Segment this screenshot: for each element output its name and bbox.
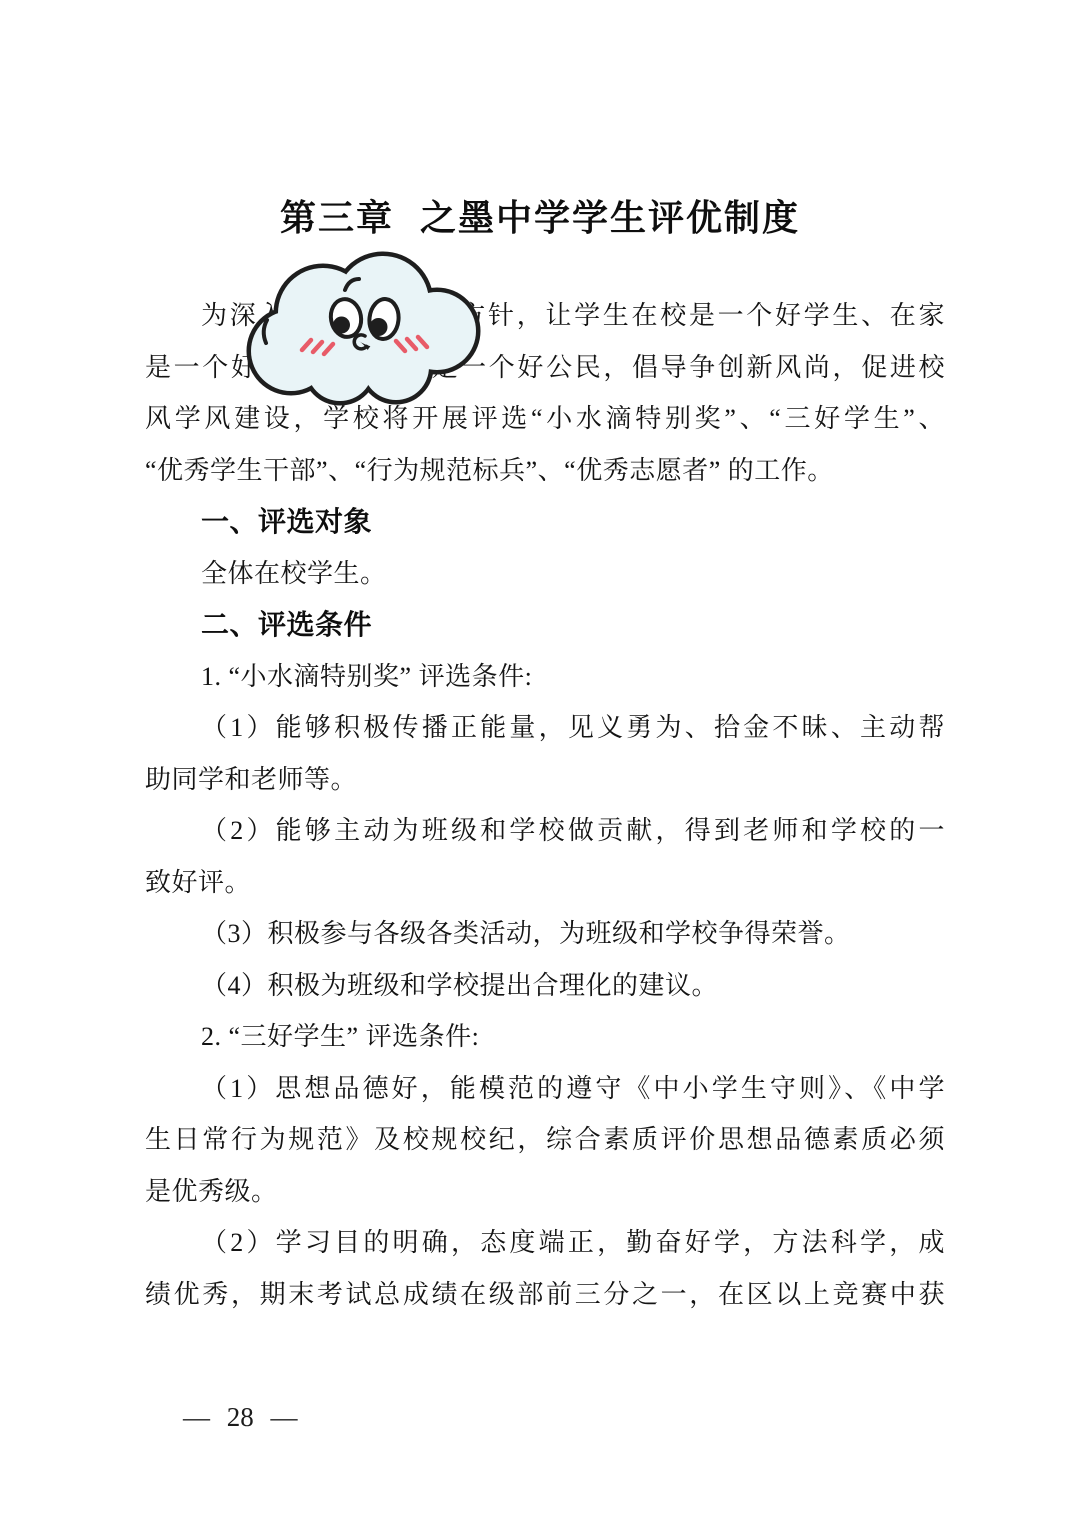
- section-heading-1: 一、评选对象: [145, 496, 945, 548]
- document-body: 为深入贯彻党的教育方针，让学生在校是一个好学生、在家 是一个好孩子，在社会是一个…: [145, 290, 945, 1320]
- cloud-body: [251, 256, 476, 401]
- left-pupil-icon: [333, 317, 350, 334]
- list-item-line: 2. “三好学生” 评选条件:: [145, 1011, 945, 1063]
- page-number: — 28 —: [183, 1402, 298, 1433]
- text-line: 绩优秀，期末考试总成绩在级部前三分之一，在区以上竞赛中获: [145, 1269, 945, 1321]
- list-item-line: （3）积极参与各级各类活动，为班级和学校争得荣誉。: [145, 908, 945, 960]
- document-page: 第三章 之墨中学学生评优制度 为深入贯彻党的教育方针，让学生在校是一个好学生、在…: [0, 0, 1080, 1527]
- list-item-line: （1）思想品德好，能模范的遵守《中小学生守则》、《中学: [145, 1063, 945, 1115]
- text-line: 全体在校学生。: [145, 548, 945, 600]
- text-line: 是优秀级。: [145, 1166, 945, 1218]
- section-heading-2: 二、评选条件: [145, 599, 945, 651]
- list-item-line: 1. “小水滴特别奖” 评选条件:: [145, 651, 945, 703]
- text-line: “优秀学生干部”、“行为规范标兵”、“优秀志愿者” 的工作。: [145, 445, 945, 497]
- right-pupil-icon: [370, 318, 388, 336]
- list-item-line: （2）学习目的明确，态度端正，勤奋好学，方法科学，成: [145, 1217, 945, 1269]
- text-line: 生日常行为规范》及校规校纪，综合素质评价思想品德素质必须: [145, 1114, 945, 1166]
- chapter-title: 第三章 之墨中学学生评优制度: [0, 190, 1080, 241]
- list-item-line: （1）能够积极传播正能量，见义勇为、拾金不昧、主动帮: [145, 702, 945, 754]
- text-line: 致好评。: [145, 857, 945, 909]
- list-item-line: （4）积极为班级和学校提出合理化的建议。: [145, 960, 945, 1012]
- text-line: 助同学和老师等。: [145, 754, 945, 806]
- list-item-line: （2）能够主动为班级和学校做贡献，得到老师和学校的一: [145, 805, 945, 857]
- cloud-sticker: [230, 245, 495, 410]
